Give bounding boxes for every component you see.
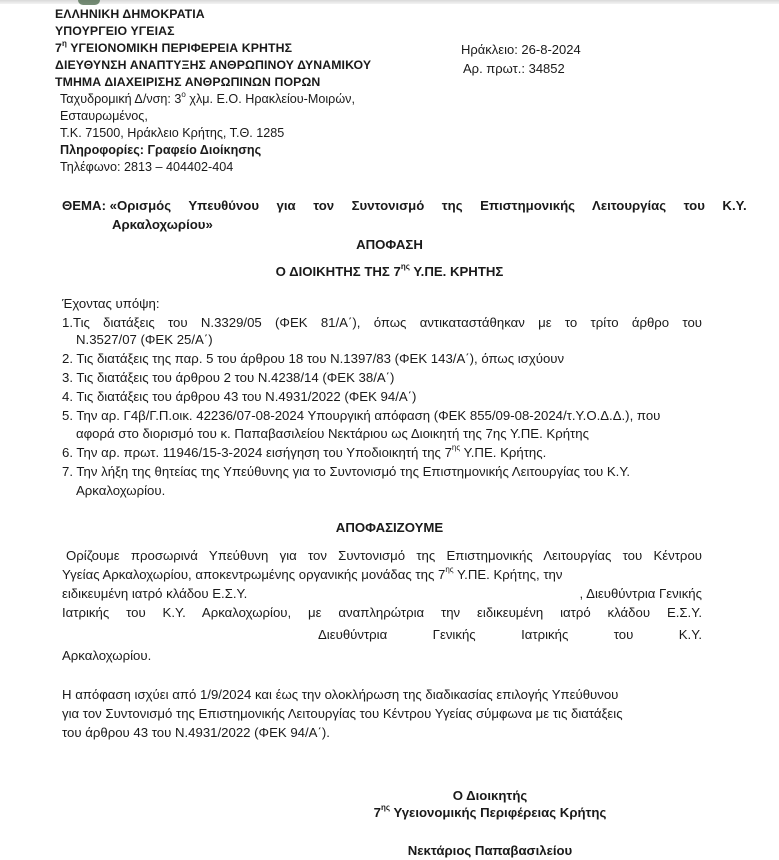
resolve-title: ΑΠΟΦΑΣΙΖΟΥΜΕ bbox=[0, 520, 779, 535]
list-item-7-line-1: 7. Την λήξη της θητείας της Υπεύθυνης γι… bbox=[62, 464, 630, 479]
org-line-region: 7η ΥΓΕΙΟΝΟΜΙΚΗ ΠΕΡΙΦΕΡΕΙΑ ΚΡΗΤΗΣ bbox=[55, 41, 292, 55]
page-top-edge bbox=[0, 0, 779, 4]
list-item-5-line-2: αφορά στο διορισμό του κ. Παπαβασιλείου … bbox=[76, 426, 589, 441]
resolve-line-2: Υγείας Αρκαλοχωρίου, αποκεντρωμένης οργα… bbox=[62, 567, 702, 582]
resolve-line-1: Ορίζουμε προσωρινά Υπεύθυνη για τον Συντ… bbox=[66, 548, 702, 563]
list-item-6: 6. Την αρ. πρωτ. 11946/15-3-2024 εισήγησ… bbox=[62, 445, 546, 460]
resolve-line-4: Ιατρικής του Κ.Υ. Αρκαλοχωρίου, με αναπλ… bbox=[62, 605, 702, 620]
list-item-5-line-1: 5. Την αρ. Γ4β/Γ.Π.οικ. 42236/07-08-2024… bbox=[62, 408, 660, 423]
org-line-ministry: ΥΠΟΥΡΓΕΙΟ ΥΓΕΙΑΣ bbox=[55, 24, 175, 38]
org-line-directorate: ΔΙΕΥΘΥΝΣΗ ΑΝΑΠΤΥΞΗΣ ΑΝΘΡΩΠΙΝΟΥ ΔΥΝΑΜΙΚΟΥ bbox=[55, 58, 371, 72]
phone-line: Τηλέφωνο: 2813 – 404402-404 bbox=[60, 160, 233, 174]
subject-line-1: ΘΕΜΑ: «Ορισμός Υπευθύνου για τον Συντονι… bbox=[62, 198, 747, 213]
place-date: Ηράκλειο: 26-8-2024 bbox=[461, 42, 581, 57]
resolve-line-5: Διευθύντρια Γενικής Ιατρικής του Κ.Υ. bbox=[318, 627, 702, 642]
list-item-2: 2. Τις διατάξεις της παρ. 5 του άρθρου 1… bbox=[62, 351, 564, 366]
list-item-1-line-2: Ν.3527/07 (ΦΕΚ 25/Α΄) bbox=[76, 332, 213, 347]
resolve-line-6: Αρκαλοχωρίου. bbox=[62, 648, 151, 663]
list-item-4: 4. Τις διατάξεις του άρθρου 43 του Ν.493… bbox=[62, 389, 416, 404]
signature-org: 7ης Υγειονομικής Περιφέρειας Κρήτης bbox=[350, 805, 630, 820]
resolve-line-3-right: , Διευθύντρια Γενικής bbox=[0, 586, 702, 601]
protocol-number: Αρ. πρωτ.: 34852 bbox=[463, 61, 565, 76]
address-line-3: Τ.Κ. 71500, Ηράκλειο Κρήτης, Τ.Θ. 1285 bbox=[60, 126, 284, 140]
signature-name: Νεκτάριος Παπαβασιλείου bbox=[350, 843, 630, 858]
considering-heading: Έχοντας υπόψη: bbox=[62, 296, 160, 311]
address-line-1: Ταχυδρομική Δ/νση: 3ο χλμ. Ε.Ο. Ηρακλείο… bbox=[60, 92, 355, 106]
validity-line-1: Η απόφαση ισχύει από 1/9/2024 και έως τη… bbox=[62, 687, 618, 702]
org-line-republic: ΕΛΛΗΝΙΚΗ ΔΗΜΟΚΡΑΤΙΑ bbox=[55, 7, 205, 21]
list-item-3: 3. Τις διατάξεις του άρθρου 2 του Ν.4238… bbox=[62, 370, 394, 385]
org-line-department: ΤΜΗΜΑ ΔΙΑΧΕΙΡΙΣΗΣ ΑΝΘΡΩΠΙΝΩΝ ΠΟΡΩΝ bbox=[55, 75, 320, 89]
validity-line-3: του άρθρου 43 του Ν.4931/2022 (ΦΕΚ 94/Α΄… bbox=[62, 725, 330, 740]
validity-line-2: για τον Συντονισμό της Επιστημονικής Λει… bbox=[62, 706, 623, 721]
list-item-1-line-1: 1.Τις διατάξεις του Ν.3329/05 (ΦΕΚ 81/Α΄… bbox=[62, 315, 702, 330]
decision-title: ΑΠΟΦΑΣΗ bbox=[0, 237, 779, 252]
subject-line-2: Αρκαλοχωρίου» bbox=[112, 217, 213, 232]
signature-role: Ο Διοικητής bbox=[350, 788, 630, 803]
director-title: Ο ΔΙΟΙΚΗΤΗΣ ΤΗΣ 7ης Υ.ΠΕ. ΚΡΗΤΗΣ bbox=[0, 264, 779, 279]
greek-emblem-icon bbox=[78, 0, 100, 5]
resolve-line-2-text: Υγείας Αρκαλοχωρίου, αποκεντρωμένης οργα… bbox=[62, 567, 562, 582]
list-item-7-line-2: Αρκαλοχωρίου. bbox=[76, 483, 165, 498]
address-line-2: Εσταυρωμένος, bbox=[60, 109, 148, 123]
info-line: Πληροφορίες: Γραφείο Διοίκησης bbox=[60, 143, 261, 157]
